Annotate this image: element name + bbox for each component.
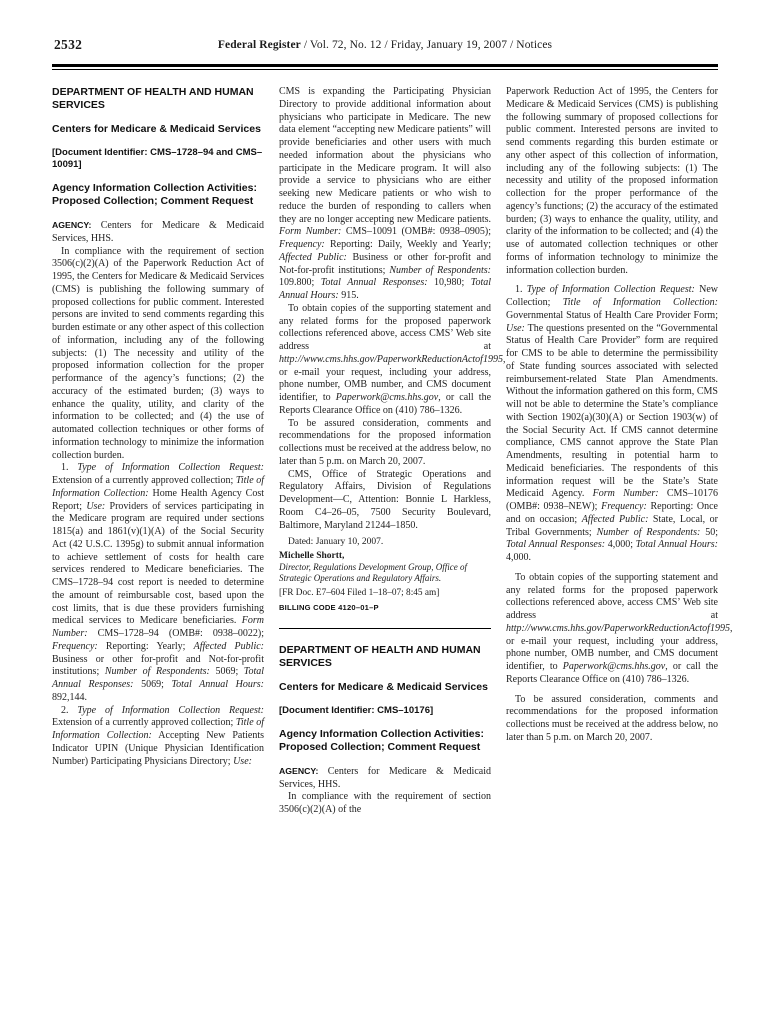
- masthead-info: / Vol. 72, No. 12 / Friday, January 19, …: [301, 39, 552, 51]
- paragraph: CMS is expanding the Participating Physi…: [279, 86, 491, 303]
- paragraph: 2. Type of Information Collection Reques…: [52, 705, 264, 769]
- paragraph: 1. Type of Information Collection Reques…: [52, 462, 264, 704]
- column-2: CMS is expanding the Participating Physi…: [279, 86, 491, 817]
- document-identifier: [Document Identifier: CMS–10176]: [279, 705, 491, 717]
- paragraph: To be assured consideration, comments an…: [506, 694, 718, 745]
- agency-subheading: Centers for Medicare & Medicaid Services: [52, 123, 264, 136]
- signatory-name: Michelle Shortt,: [279, 550, 491, 562]
- page-number: 2532: [54, 37, 82, 53]
- signatory-title: Director, Regulations Development Group,…: [279, 562, 491, 584]
- document-identifier: [Document Identifier: CMS–1728–94 and CM…: [52, 147, 264, 171]
- paragraph: In compliance with the requirement of se…: [52, 246, 264, 463]
- masthead: Federal Register / Vol. 72, No. 12 / Fri…: [52, 36, 718, 51]
- page-header: 2532 Federal Register / Vol. 72, No. 12 …: [52, 36, 718, 58]
- paragraph: To be assured consideration, comments an…: [279, 418, 491, 469]
- masthead-title: Federal Register: [218, 39, 301, 51]
- dated-line: Dated: January 10, 2007.: [279, 536, 491, 548]
- department-heading: DEPARTMENT OF HEALTH AND HUMAN SERVICES: [279, 644, 491, 670]
- federal-register-page: 2532 Federal Register / Vol. 72, No. 12 …: [0, 0, 768, 1024]
- department-heading: DEPARTMENT OF HEALTH AND HUMAN SERVICES: [52, 86, 264, 112]
- paragraph: 1. Type of Information Collection Reques…: [506, 284, 718, 565]
- column-1: DEPARTMENT OF HEALTH AND HUMAN SERVICESC…: [52, 86, 264, 768]
- agency-subheading: Centers for Medicare & Medicaid Services: [279, 681, 491, 694]
- paragraph: To obtain copies of the supporting state…: [506, 572, 718, 687]
- paragraph: To obtain copies of the supporting state…: [279, 303, 491, 418]
- section-divider: [279, 628, 491, 629]
- paragraph: CMS, Office of Strategic Operations and …: [279, 469, 491, 533]
- column-3: Paperwork Reduction Act of 1995, the Cen…: [506, 86, 718, 745]
- text-columns: DEPARTMENT OF HEALTH AND HUMAN SERVICESC…: [52, 86, 718, 817]
- paragraph: In compliance with the requirement of se…: [279, 791, 491, 817]
- notice-title: Agency Information Collection Activities…: [279, 728, 491, 754]
- fr-doc-line: [FR Doc. E7–604 Filed 1–18–07; 8:45 am]: [279, 587, 491, 599]
- header-rule: [52, 64, 718, 70]
- paragraph: AGENCY: Centers for Medicare & Medicaid …: [52, 219, 264, 246]
- paragraph: AGENCY: Centers for Medicare & Medicaid …: [279, 765, 491, 792]
- paragraph: Paperwork Reduction Act of 1995, the Cen…: [506, 86, 718, 277]
- notice-title: Agency Information Collection Activities…: [52, 182, 264, 208]
- billing-code: BILLING CODE 4120–01–P: [279, 603, 491, 612]
